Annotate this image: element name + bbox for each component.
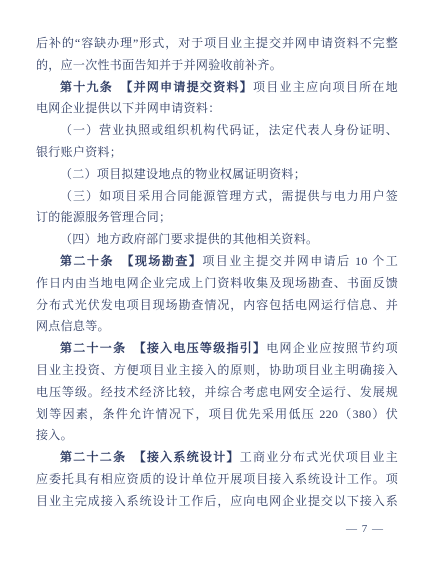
text-line: 第十九条 【并网申请提交资料】项目业主应向项目所在地 (36, 77, 398, 99)
text-segment: 目业主完成接入系统设计工作后，应向电网企业提交以下接入系 (36, 494, 398, 508)
text-line: 第二十二条 【接入系统设计】工商业分布式光伏项目业主 (36, 447, 398, 469)
text-line: （一）营业执照或组织机构代码证，法定代表人身份证明、 (36, 120, 398, 142)
text-segment: （二）项目拟建设地点的物业权属证明资料； (60, 167, 306, 181)
document-text: 后补的“容缺办理”形式，对于项目业主提交并网申请资料不完整的，应一次性书面告知并… (36, 33, 398, 513)
text-segment: 作日内由当地电网企业完成上门资料收集及现场勘查、书面反馈 (36, 276, 398, 290)
article-heading: 第二十一条 【接入电压等级指引】 (60, 341, 266, 355)
text-line: （四）地方政府部门要求提供的其他相关资料。 (36, 229, 398, 251)
text-line: 后补的“容缺办理”形式，对于项目业主提交并网申请资料不完整 (36, 33, 398, 55)
text-line: 电网企业提供以下并网申请资料： (36, 98, 398, 120)
text-segment: 电网企业应按照节约项 (266, 341, 398, 355)
text-segment: （一）营业执照或组织机构代码证，法定代表人身份证明、 (60, 123, 398, 137)
page-number: — 7 — (346, 523, 384, 535)
text-line: 应委托具有相应资质的设计单位开展项目接入系统设计工作。项 (36, 469, 398, 491)
text-line: 分布式光伏发电项目现场勘查情况，内容包括电网运行信息、并 (36, 295, 398, 317)
text-line: 网点信息等。 (36, 316, 398, 338)
text-segment: 银行账户资料； (36, 145, 122, 159)
text-segment: 的，应一次性书面告知并于并网验收前补齐。 (36, 58, 282, 72)
text-segment: 订的能源服务管理合同； (36, 210, 171, 224)
text-line: （三）如项目采用合同能源管理方式，需提供与电力用户签 (36, 186, 398, 208)
text-line: 第二十一条 【接入电压等级指引】电网企业应按照节约项 (36, 338, 398, 360)
text-line: 划等因素，条件允许情况下，项目优先采用低压 220（380）伏 (36, 404, 398, 426)
article-heading: 第二十二条 【接入系统设计】 (60, 450, 240, 464)
article-heading: 第十九条 【并网申请提交资料】 (60, 80, 253, 94)
text-line: 的，应一次性书面告知并于并网验收前补齐。 (36, 55, 398, 77)
text-segment: 目业主投资、方便项目业主接入的原则，协助项目业主明确接入 (36, 363, 398, 377)
text-line: 目业主投资、方便项目业主接入的原则，协助项目业主明确接入 (36, 360, 398, 382)
article-heading: 第二十条 【现场勘查】 (60, 254, 202, 268)
text-line: 作日内由当地电网企业完成上门资料收集及现场勘查、书面反馈 (36, 273, 398, 295)
text-segment: 电网企业提供以下并网申请资料： (36, 101, 221, 115)
document-page: 后补的“容缺办理”形式，对于项目业主提交并网申请资料不完整的，应一次性书面告知并… (0, 0, 428, 571)
text-line: 电压等级。经技术经济比较，并综合考虑电网安全运行、发展规 (36, 382, 398, 404)
text-segment: 工商业分布式光伏项目业主 (240, 450, 398, 464)
text-line: 第二十条 【现场勘查】项目业主提交并网申请后 10 个工 (36, 251, 398, 273)
text-segment: 项目业主提交并网申请后 10 个工 (202, 254, 398, 268)
text-line: 接入。 (36, 425, 398, 447)
text-segment: 项目业主应向项目所在地 (253, 80, 398, 94)
text-segment: 电压等级。经技术经济比较，并综合考虑电网安全运行、发展规 (36, 385, 398, 399)
text-line: （二）项目拟建设地点的物业权属证明资料； (36, 164, 398, 186)
text-segment: 应委托具有相应资质的设计单位开展项目接入系统设计工作。项 (36, 472, 398, 486)
text-line: 目业主完成接入系统设计工作后，应向电网企业提交以下接入系 (36, 491, 398, 513)
text-segment: 接入。 (36, 428, 73, 442)
text-segment: 分布式光伏发电项目现场勘查情况，内容包括电网运行信息、并 (36, 298, 398, 312)
text-segment: 网点信息等。 (36, 319, 110, 333)
text-segment: （三）如项目采用合同能源管理方式，需提供与电力用户签 (60, 189, 398, 203)
text-line: 银行账户资料； (36, 142, 398, 164)
text-segment: （四）地方政府部门要求提供的其他相关资料。 (60, 232, 318, 246)
text-line: 订的能源服务管理合同； (36, 207, 398, 229)
text-segment: 后补的“容缺办理”形式，对于项目业主提交并网申请资料不完整 (36, 36, 398, 50)
text-segment: 划等因素，条件允许情况下，项目优先采用低压 220（380）伏 (36, 407, 398, 421)
